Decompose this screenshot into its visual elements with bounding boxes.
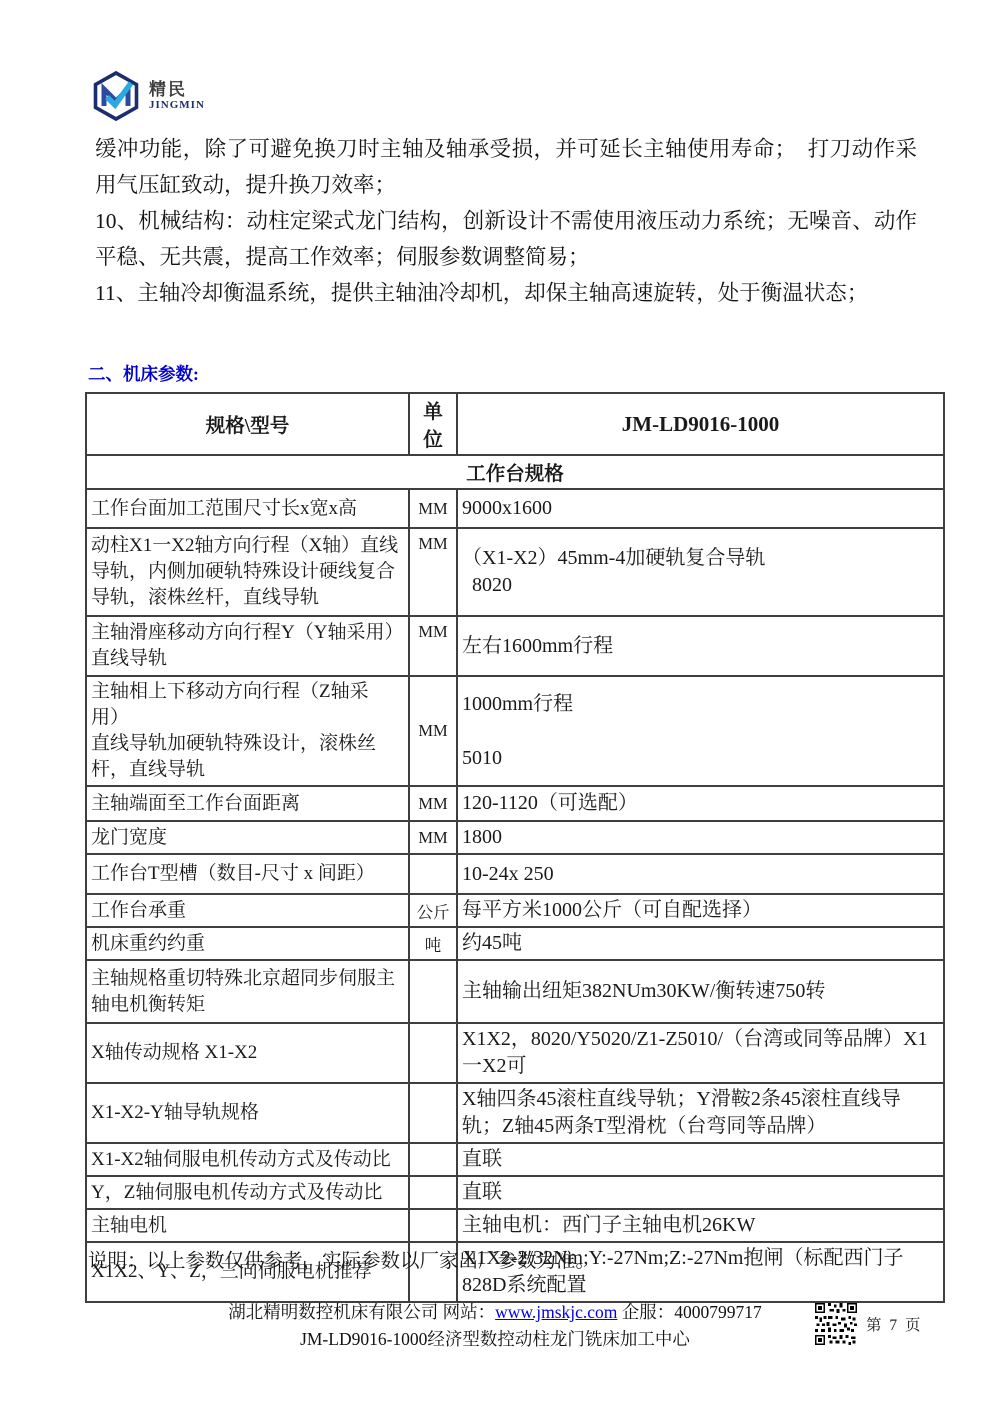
table-row: 龙门宽度MM1800 [86,821,944,854]
company-logo: 精民 JINGMIN [90,70,205,122]
spec-label-cell: X1-X2轴伺服电机传动方式及传动比 [86,1143,409,1176]
spec-unit-cell: MM [409,528,457,616]
table-row: 动柱X1一X2轴方向行程（X轴）直线导轨，内侧加硬轨特殊设计硬线复合导轨，滚株丝… [86,528,944,616]
spec-label-cell: Y，Z轴伺服电机传动方式及传动比 [86,1176,409,1209]
footer-service-label: 企服： [617,1302,674,1322]
spec-label-cell: 主轴相上下移动方向行程（Z轴采用） 直线导轨加硬轨特殊设计，滚株丝杆，直线导轨 [86,676,409,786]
header-spec-model: 规格\型号 [86,393,409,455]
spec-value-cell: X1X2，8020/Y5020/Z1-Z5010/（台湾或同等品牌）X1一X2可 [457,1023,944,1083]
footer-site-label: 网站： [438,1302,495,1322]
table-row: Y，Z轴伺服电机传动方式及传动比直联 [86,1176,944,1209]
footer-company-name: 湖北精明数控机床有限公司 [228,1302,438,1322]
spec-value-cell: 主轴输出纽矩382NUm30KW/衡转速750转 [457,960,944,1023]
header-unit: 单位 [409,393,457,455]
spec-value-cell: （X1-X2）45mm-4加硬轨复合导轨 8020 [457,528,944,616]
spec-label-cell: 机床重约约重 [86,927,409,960]
table-row: 主轴电机主轴电机：西门子主轴电机26KW [86,1209,944,1242]
body-text: 缓冲功能，除了可避免换刀时主轴及轴承受损，并可延长主轴使用寿命； 打刀动作采用气… [95,131,917,311]
spec-label-cell: 工作台承重 [86,894,409,927]
spec-label-cell: 主轴滑座移动方向行程Y（Y轴采用）直线导轨 [86,616,409,676]
spec-label-cell: 工作台T型槽（数目-尺寸 x 间距） [86,854,409,894]
spec-unit-cell: 公斤 [409,894,457,927]
spec-value-cell: 约45吨 [457,927,944,960]
paragraph-item-10: 10、机械结构：动柱定梁式龙门结构，创新设计不需使用液压动力系统；无噪音、动作平… [95,203,917,275]
table-group-header-row: 工作台规格 [86,455,944,489]
section-title-machine-parameters: 二、机床参数: [88,361,199,386]
footer-company-line: 湖北精明数控机床有限公司 网站：www.jmskjc.com 企服：400079… [85,1299,905,1326]
spec-unit-cell: MM [409,786,457,821]
spec-value-cell: X轴四条45滚柱直线导轨；Y滑鞍2条45滚柱直线导轨；Z轴45两条T型滑枕（台弯… [457,1083,944,1143]
document-page: 精民 JINGMIN 缓冲功能，除了可避免换刀时主轴及轴承受损，并可延长主轴使用… [0,0,1000,1417]
spec-label-cell: 主轴电机 [86,1209,409,1242]
machine-parameters-table: 规格\型号 单位 JM-LD9016-1000 工作台规格 工作台面加工范围尺寸… [85,392,945,1303]
logo-hexagon-icon [90,70,142,122]
spec-unit-cell [409,1083,457,1143]
footer-service-phone: 4000799717 [674,1302,762,1322]
spec-value-cell: 直联 [457,1143,944,1176]
spec-unit-cell: MM [409,616,457,676]
spec-value-cell: 左右1600mm行程 [457,616,944,676]
spec-label-cell: X1-X2-Y轴导轨规格 [86,1083,409,1143]
table-row: 工作台承重公斤每平方米1000公斤（可自配选择） [86,894,944,927]
spec-value-cell: 10-24x 250 [457,854,944,894]
table-row: X1-X2轴伺服电机传动方式及传动比直联 [86,1143,944,1176]
spec-unit-cell [409,854,457,894]
table-row: 主轴相上下移动方向行程（Z轴采用） 直线导轨加硬轨特殊设计，滚株丝杆，直线导轨M… [86,676,944,786]
table-header-row: 规格\型号 单位 JM-LD9016-1000 [86,393,944,455]
spec-label-cell: 动柱X1一X2轴方向行程（X轴）直线导轨，内侧加硬轨特殊设计硬线复合导轨，滚株丝… [86,528,409,616]
spec-unit-cell: MM [409,821,457,854]
spec-value-cell: 每平方米1000公斤（可自配选择） [457,894,944,927]
spec-label-cell: 主轴规格重切特殊北京超同步伺服主轴电机衡转矩 [86,960,409,1023]
table-row: 工作台面加工范围尺寸长x宽x高MM9000x1600 [86,489,944,528]
spec-value-cell: 1000mm行程 5010 [457,676,944,786]
spec-unit-cell [409,1176,457,1209]
spec-value-cell: 直联 [457,1176,944,1209]
spec-unit-cell [409,1209,457,1242]
page-number: 第 7 页 [866,1313,923,1335]
footer-product-line: JM-LD9016-1000经济型数控动柱龙门铣床加工中心 [85,1326,905,1353]
spec-unit-cell [409,1143,457,1176]
spec-value-cell: 1800 [457,821,944,854]
spec-label-cell: X轴传动规格 X1-X2 [86,1023,409,1083]
logo-en-text: JINGMIN [149,99,205,112]
spec-value-cell: 120-1120（可选配） [457,786,944,821]
header-model-number: JM-LD9016-1000 [457,393,944,455]
table-note: 说明：以上参数仅供参考，实际参数以厂家出厂参数为准。 [88,1245,595,1273]
table-row: X轴传动规格 X1-X2X1X2，8020/Y5020/Z1-Z5010/（台湾… [86,1023,944,1083]
spec-unit-cell: MM [409,489,457,528]
spec-value-cell: 主轴电机：西门子主轴电机26KW [457,1209,944,1242]
table-row: 主轴滑座移动方向行程Y（Y轴采用）直线导轨MM左右1600mm行程 [86,616,944,676]
table-row: 机床重约约重吨约45吨 [86,927,944,960]
spec-label-cell: 龙门宽度 [86,821,409,854]
group-header-worktable-spec: 工作台规格 [86,455,944,489]
table-row: 主轴端面至工作台面距离MM120-1120（可选配） [86,786,944,821]
table-row: 主轴规格重切特殊北京超同步伺服主轴电机衡转矩主轴输出纽矩382NUm30KW/衡… [86,960,944,1023]
spec-unit-cell [409,960,457,1023]
spec-unit-cell: 吨 [409,927,457,960]
spec-unit-cell [409,1023,457,1083]
spec-value-cell: 9000x1600 [457,489,944,528]
paragraph-item-11: 11、主轴冷却衡温系统，提供主轴油冷却机，却保主轴高速旋转，处于衡温状态； [95,275,917,311]
website-link[interactable]: www.jmskjc.com [495,1302,617,1322]
logo-cn-text: 精民 [149,81,205,99]
table-row: 工作台T型槽（数目-尺寸 x 间距）10-24x 250 [86,854,944,894]
qr-code [815,1303,857,1345]
spec-label-cell: 工作台面加工范围尺寸长x宽x高 [86,489,409,528]
table-row: X1-X2-Y轴导轨规格X轴四条45滚柱直线导轨；Y滑鞍2条45滚柱直线导轨；Z… [86,1083,944,1143]
paragraph-buffer-function: 缓冲功能，除了可避免换刀时主轴及轴承受损，并可延长主轴使用寿命； 打刀动作采用气… [95,131,917,203]
spec-label-cell: 主轴端面至工作台面距离 [86,786,409,821]
spec-unit-cell: MM [409,676,457,786]
page-footer: 湖北精明数控机床有限公司 网站：www.jmskjc.com 企服：400079… [85,1299,905,1353]
